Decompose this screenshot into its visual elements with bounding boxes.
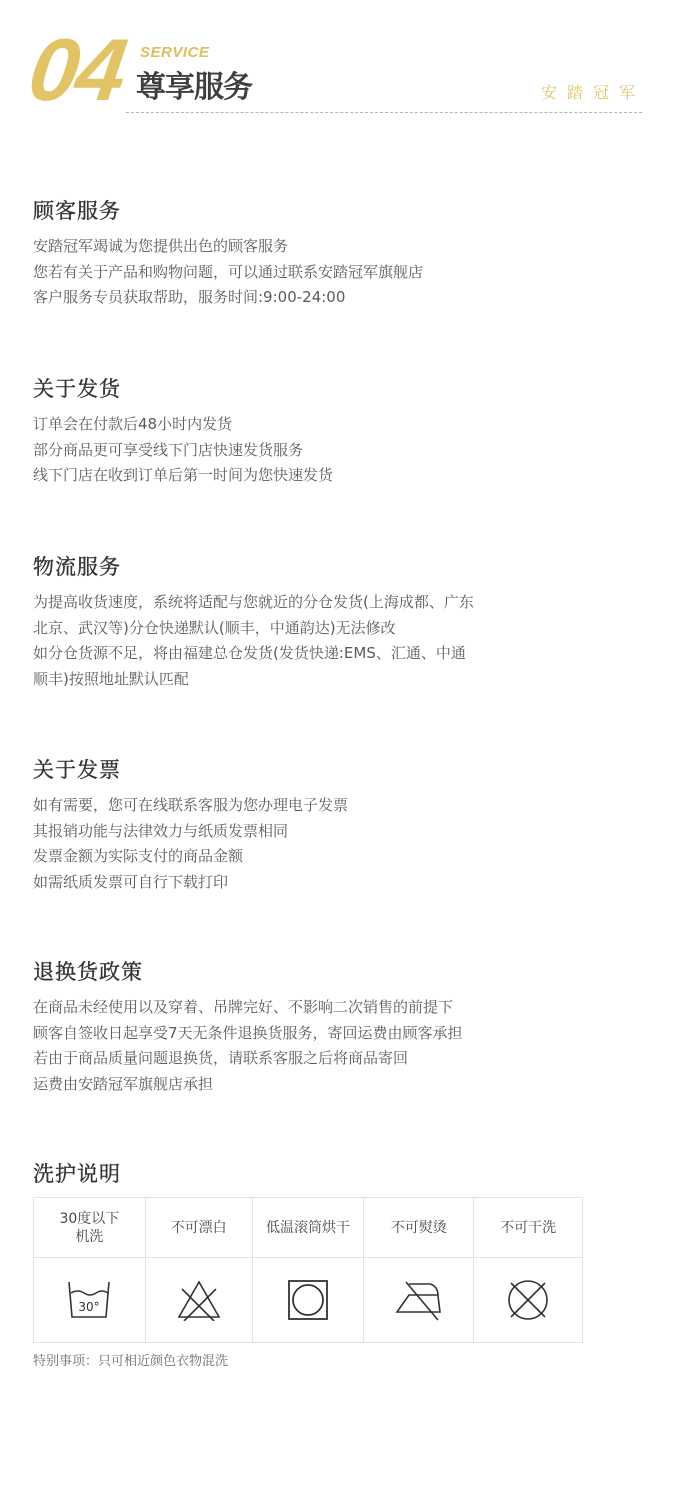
brand-name: 安踏冠军 bbox=[541, 80, 645, 103]
care-label: 不可漂白 bbox=[146, 1219, 252, 1237]
no-bleach-icon bbox=[176, 1292, 222, 1308]
section-title: 关于发货 bbox=[33, 373, 333, 403]
tumble-dry-low-icon bbox=[287, 1292, 329, 1308]
no-iron-icon bbox=[394, 1292, 444, 1308]
section-line: 若由于商品质量问题退换货，请联系客服之后将商品寄回 bbox=[33, 1046, 463, 1072]
section-line: 您若有关于产品和购物问题，可以通过联系安踏冠军旗舰店 bbox=[33, 260, 423, 286]
section-line: 线下门店在收到订单后第一时间为您快速发货 bbox=[33, 463, 333, 489]
section-line: 订单会在付款后48小时内发货 bbox=[33, 412, 333, 438]
section-line: 部分商品更可享受线下门店快速发货服务 bbox=[33, 438, 333, 464]
care-label: 不可干洗 bbox=[474, 1219, 582, 1237]
care-label-cell: 不可漂白 bbox=[145, 1198, 252, 1258]
section-line: 运费由安踏冠军旗舰店承担 bbox=[33, 1072, 463, 1098]
care-icon-cell bbox=[252, 1258, 364, 1343]
section-number: 04 bbox=[24, 26, 130, 114]
section-line: 顺丰)按照地址默认匹配 bbox=[33, 667, 474, 693]
care-icons-row: 30° bbox=[34, 1258, 583, 1343]
section-line: 顾客自签收日起享受7天无条件退换货服务，寄回运费由顾客承担 bbox=[33, 1021, 463, 1047]
care-icon-cell bbox=[474, 1258, 583, 1343]
care-label-cell: 不可干洗 bbox=[474, 1198, 583, 1258]
section-line: 如需纸质发票可自行下载打印 bbox=[33, 870, 348, 896]
section-return-policy: 退换货政策 在商品未经使用以及穿着、吊牌完好、不影响二次销售的前提下 顾客自签收… bbox=[33, 956, 463, 1097]
section-line: 其报销功能与法律效力与纸质发票相同 bbox=[33, 819, 348, 845]
header-divider bbox=[126, 112, 642, 113]
section-line: 在商品未经使用以及穿着、吊牌完好、不影响二次销售的前提下 bbox=[33, 995, 463, 1021]
section-logistics: 物流服务 为提高收货速度，系统将适配与您就近的分仓发货(上海成都、广东 北京、武… bbox=[33, 551, 474, 692]
section-line: 客户服务专员获取帮助，服务时间:9:00-24:00 bbox=[33, 285, 423, 311]
section-customer-service: 顾客服务 安踏冠军竭诚为您提供出色的顾客服务 您若有关于产品和购物问题，可以通过… bbox=[33, 195, 423, 311]
section-line: 安踏冠军竭诚为您提供出色的顾客服务 bbox=[33, 234, 423, 260]
care-note: 特别事项：只可相近颜色衣物混洗 bbox=[33, 1350, 228, 1369]
care-label-cell: 30度以下 机洗 bbox=[34, 1198, 146, 1258]
care-label: 不可熨烫 bbox=[364, 1219, 473, 1237]
section-line: 为提高收货速度，系统将适配与您就近的分仓发货(上海成都、广东 bbox=[33, 590, 474, 616]
care-labels-row: 30度以下 机洗 不可漂白 低温滚筒烘干 不可熨烫 不可干洗 bbox=[34, 1198, 583, 1258]
page-header: 04 SERVICE 尊享服务 安踏冠军 bbox=[0, 0, 677, 130]
section-title: 关于发票 bbox=[33, 754, 348, 784]
care-table: 30度以下 机洗 不可漂白 低温滚筒烘干 不可熨烫 不可干洗 30° bbox=[33, 1197, 583, 1343]
care-title: 洗护说明 bbox=[33, 1158, 121, 1188]
care-icon-cell: 30° bbox=[34, 1258, 146, 1343]
no-dry-clean-icon bbox=[505, 1292, 551, 1308]
section-title: 退换货政策 bbox=[33, 956, 463, 986]
care-label-cell: 不可熨烫 bbox=[364, 1198, 474, 1258]
section-shipping: 关于发货 订单会在付款后48小时内发货 部分商品更可享受线下门店快速发货服务 线… bbox=[33, 373, 333, 489]
section-title: 顾客服务 bbox=[33, 195, 423, 225]
page-title: 尊享服务 bbox=[136, 62, 252, 106]
service-subtitle-en: SERVICE bbox=[140, 44, 209, 61]
section-invoice: 关于发票 如有需要，您可在线联系客服为您办理电子发票 其报销功能与法律效力与纸质… bbox=[33, 754, 348, 895]
section-line: 发票金额为实际支付的商品金额 bbox=[33, 844, 348, 870]
care-icon-cell bbox=[364, 1258, 474, 1343]
care-label-cell: 低温滚筒烘干 bbox=[252, 1198, 364, 1258]
section-title: 物流服务 bbox=[33, 551, 474, 581]
care-label: 机洗 bbox=[34, 1228, 145, 1246]
care-label: 30度以下 bbox=[34, 1210, 145, 1228]
care-icon-cell bbox=[145, 1258, 252, 1343]
section-line: 如分仓货源不足，将由福建总仓发货(发货快递:EMS、汇通、中通 bbox=[33, 641, 474, 667]
section-line: 北京、武汉等)分仓快递默认(顺丰，中通韵达)无法修改 bbox=[33, 616, 474, 642]
section-line: 如有需要，您可在线联系客服为您办理电子发票 bbox=[33, 793, 348, 819]
care-label: 低温滚筒烘干 bbox=[253, 1219, 364, 1237]
wash-temp-text: 30° bbox=[79, 1300, 100, 1314]
wash-30-icon: 30° bbox=[66, 1292, 112, 1308]
